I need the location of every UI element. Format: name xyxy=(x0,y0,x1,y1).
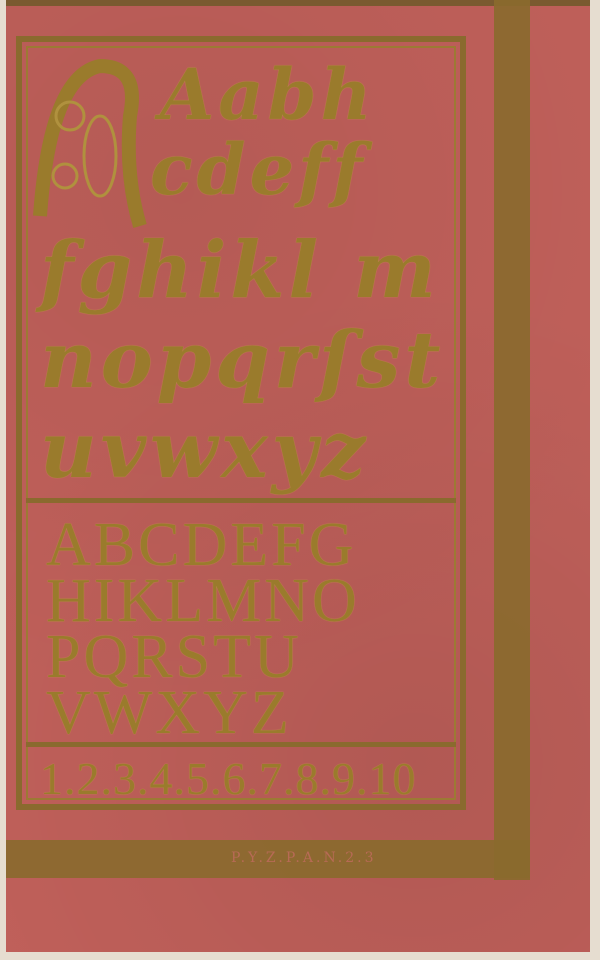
blackletter-row-3: fghikl m xyxy=(40,232,450,310)
numerals-row: 1.2.3.4.5.6.7.8.9.10 xyxy=(40,752,417,805)
blackletter-row-4: nopqrſst xyxy=(40,322,450,400)
right-gold-band xyxy=(494,0,530,880)
blackletter-row-2: cdeff xyxy=(40,135,560,205)
bottom-band-text: P.Y.Z.P.A.N.2.3 xyxy=(231,850,377,866)
blackletter-row-1: Aabh xyxy=(40,60,570,130)
alphabet-sheet: P.Y.Z.P.A.N.2.3 Aabh cdeff fghikl m nopq… xyxy=(6,0,590,952)
divider-capitals-numerals xyxy=(26,742,456,747)
capitals-row-4: VWXYZ xyxy=(46,682,451,744)
blackletter-row-5: uvwxyz xyxy=(40,412,450,490)
divider-blackletter-capitals xyxy=(26,498,456,503)
